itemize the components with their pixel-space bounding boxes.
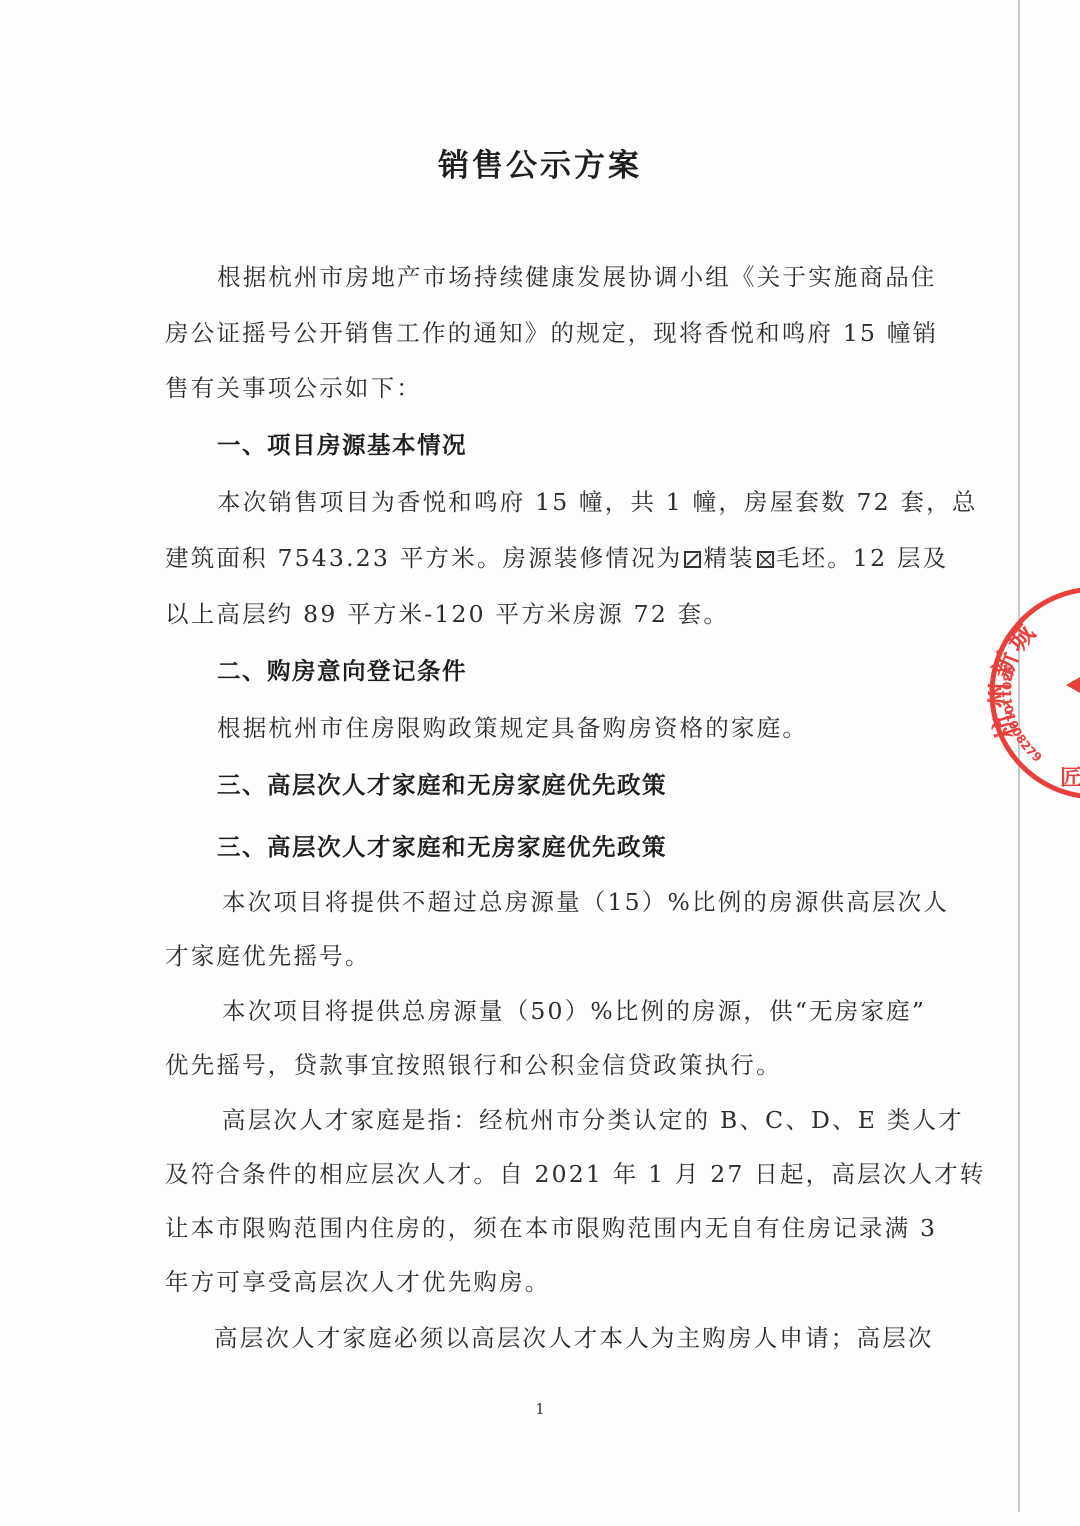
svg-text:匠: 匠 (1060, 766, 1080, 791)
section-1-line-2-tail: 毛坯。12 层及 (776, 544, 948, 572)
section-3-p1-line-1: 本次项目将提供不超过总房源量（15）%比例的房源供高层次人 (222, 887, 982, 917)
section-1-line-2-text: 建筑面积 7543.23 平方米。房源装修情况为 (165, 544, 682, 572)
section-1-line-2: 建筑面积 7543.23 平方米。房源装修情况为精装毛坯。12 层及 (165, 543, 925, 573)
section-3-p4-line-1: 高层次人才家庭必须以高层次人才本人为主购房人申请；高层次 (214, 1323, 974, 1353)
section-3-p3-line-1: 高层次人才家庭是指：经杭州市分类认定的 B、C、D、E 类人才 (222, 1105, 982, 1135)
section-3-p2-line-2: 优先摇号，贷款事宜按照银行和公积金信贷政策执行。 (165, 1050, 925, 1080)
section-3-p2-line-1: 本次项目将提供总房源量（50）%比例的房源，供“无房家庭” (222, 996, 982, 1026)
section-1-heading: 一、项目房源基本情况 (217, 430, 977, 460)
section-1-line-1: 本次销售项目为香悦和鸣府 15 幢，共 1 幢，房屋套数 72 套，总 (217, 487, 977, 517)
document-page: 销售公示方案 根据杭州市房地产市场持续健康发展协调小组《关于实施商品住 房公证摇… (0, 0, 1080, 1526)
intro-line-1: 根据杭州市房地产市场持续健康发展协调小组《关于实施商品住 (217, 262, 977, 292)
section-3-p3-line-2: 及符合条件的相应层次人才。自 2021 年 1 月 27 日起，高层次人才转 (165, 1159, 925, 1189)
intro-line-2: 房公证摇号公开销售工作的通知》的规定，现将香悦和鸣府 15 幢销 (165, 318, 925, 348)
option-finished-label: 精装 (703, 544, 754, 572)
intro-line-3: 售有关事项公示如下： (165, 373, 925, 403)
section-3-p3-line-4: 年方可享受高层次人才优先购房。 (165, 1267, 925, 1297)
section-3-heading-a: 三、高层次人才家庭和无房家庭优先政策 (217, 770, 977, 800)
page-number: 1 (0, 1400, 1080, 1418)
section-3-p1-line-2: 才家庭优先摇号。 (165, 941, 925, 971)
document-title: 销售公示方案 (0, 140, 1080, 185)
checkbox-checked-icon (684, 551, 701, 568)
company-seal-stamp: 杭州新城 3301101008279 匠 (978, 585, 1080, 800)
section-2-line-1: 根据杭州市住房限购政策规定具备购房资格的家庭。 (217, 713, 977, 743)
checkbox-crossed-icon (757, 551, 774, 568)
section-3-heading-b: 三、高层次人才家庭和无房家庭优先政策 (217, 832, 977, 862)
section-3-p3-line-3: 让本市限购范围内住房的，须在本市限购范围内无自有住房记录满 3 (165, 1213, 925, 1243)
seal-icon: 杭州新城 3301101008279 匠 (978, 585, 1080, 800)
section-2-heading: 二、购房意向登记条件 (217, 656, 977, 686)
section-1-line-3: 以上高层约 89 平方米-120 平方米房源 72 套。 (165, 599, 925, 629)
